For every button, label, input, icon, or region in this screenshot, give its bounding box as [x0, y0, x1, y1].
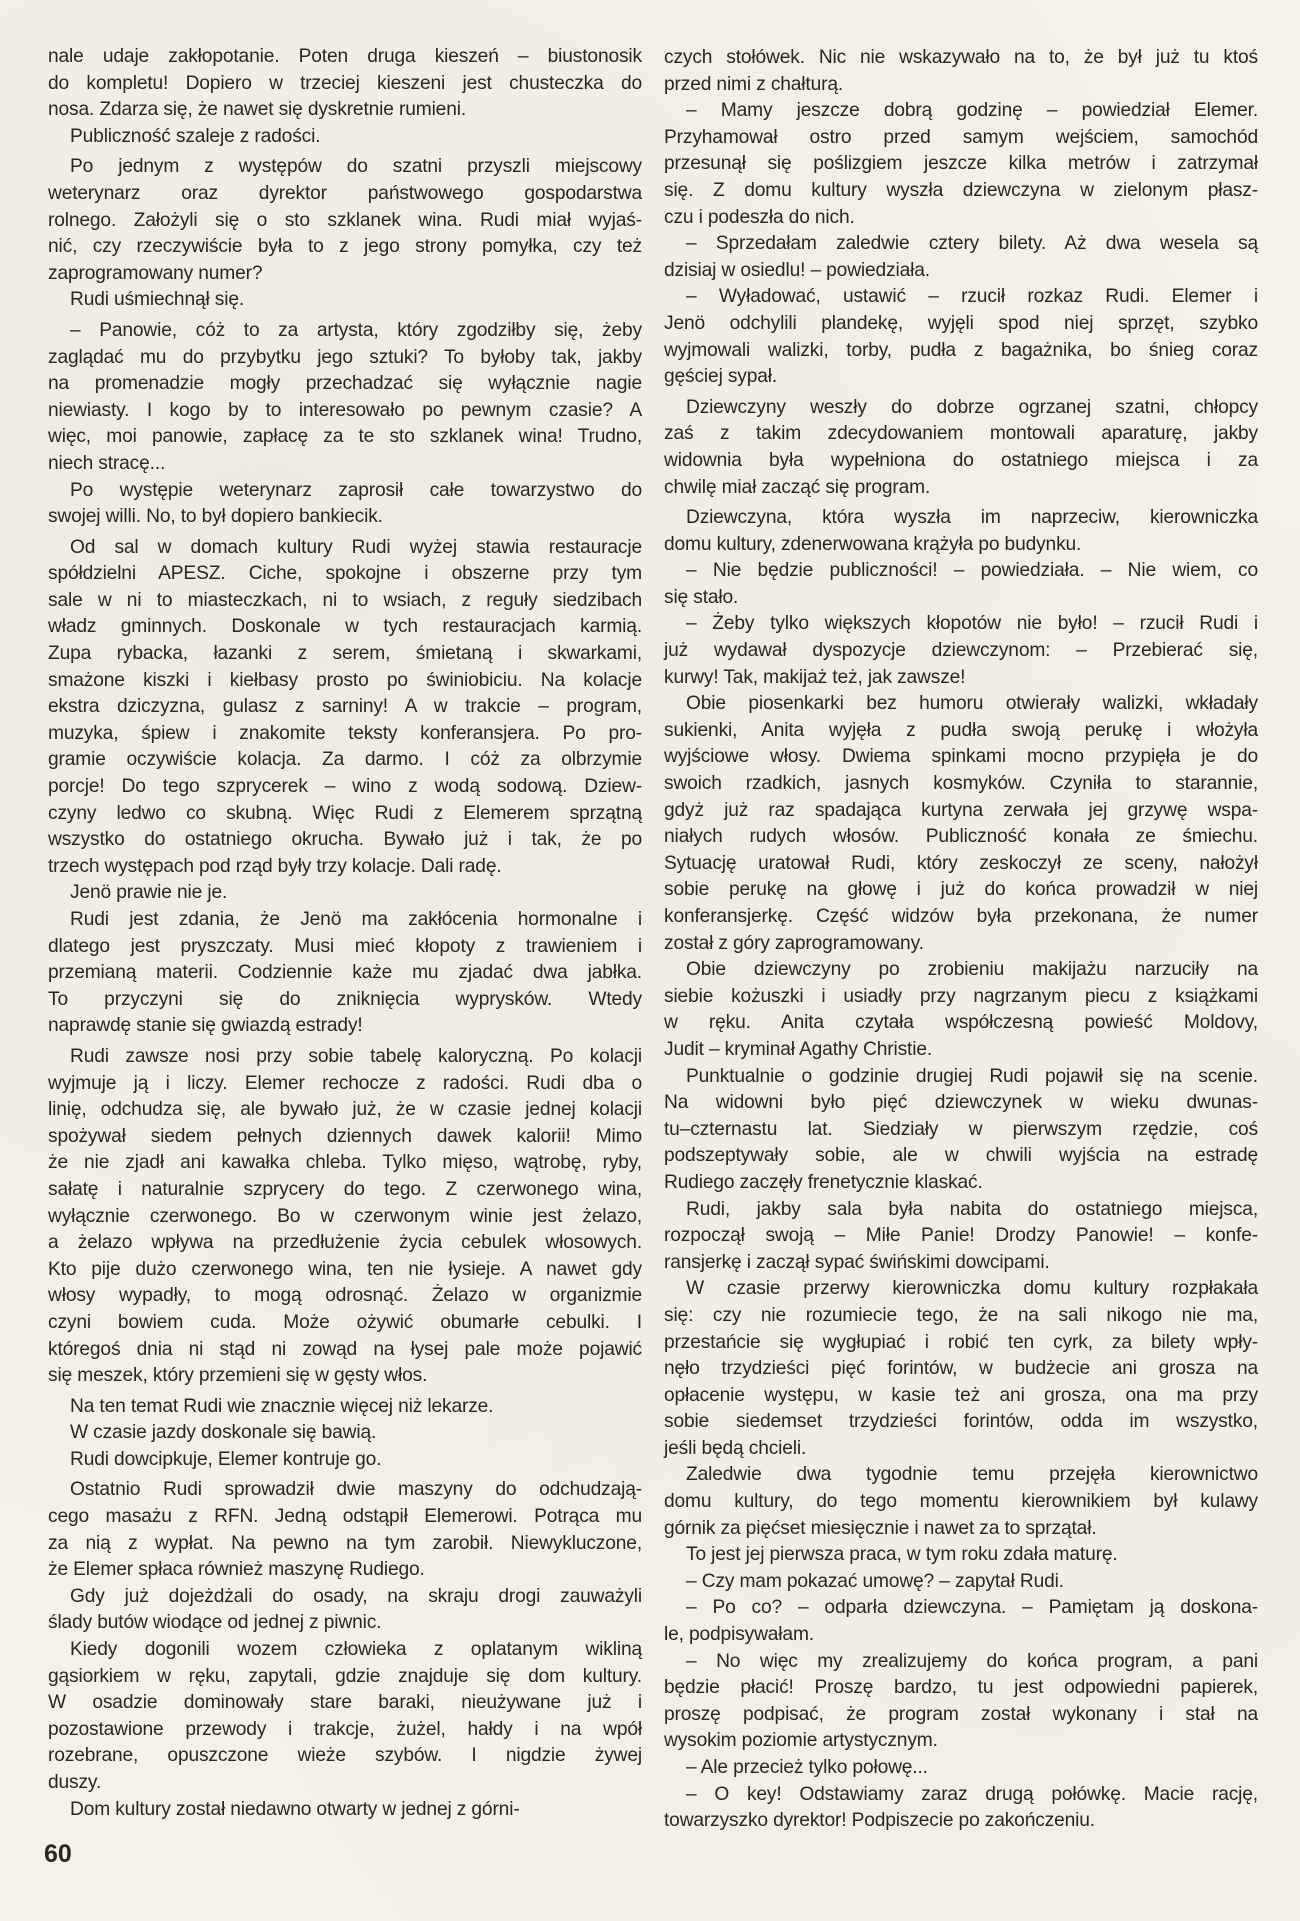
- text-line: duszy.: [48, 1770, 642, 1797]
- text-line: Kto pije dużo czerwonego wina, ten nie ł…: [48, 1257, 642, 1284]
- text-line: do kompletu! Dopiero w trzeciej kieszeni…: [48, 71, 642, 98]
- text-line: przestańcie się wygłupiać i robić ten cy…: [664, 1330, 1258, 1357]
- text-line: – Czy mam pokazać umowę? – zapytał Rudi.: [664, 1569, 1258, 1596]
- text-line: – Nie będzie publiczności! – powiedziała…: [664, 558, 1258, 585]
- text-line: Po jednym z występów do szatni przyszli …: [48, 154, 642, 181]
- text-line: władz gminnych. Doskonale w tych restaur…: [48, 614, 642, 641]
- text-line: sałatę i naturalnie szprycery do tego. Z…: [48, 1177, 642, 1204]
- text-line: le, podpisywałam.: [664, 1622, 1258, 1649]
- text-line: dzisiaj w osiedlu! – powiedziała.: [664, 258, 1258, 285]
- text-line: gęściej sypał.: [664, 364, 1258, 391]
- text-line: Ostatnio Rudi sprowadził dwie maszyny do…: [48, 1477, 642, 1504]
- text-line: naprawdę stanie się gwiazdą estrady!: [48, 1013, 642, 1040]
- text-line: muzyka, śpiew i znakomite teksty konfera…: [48, 721, 642, 748]
- text-line: Rudi, jakby sala była nabita do ostatnie…: [664, 1197, 1258, 1224]
- text-line: To jest jej pierwsza praca, w tym roku z…: [664, 1542, 1258, 1569]
- text-line: Obie piosenkarki bez humoru otwierały wa…: [664, 691, 1258, 718]
- text-line: sale w ni to miasteczkach, ni to wsiach,…: [48, 588, 642, 615]
- text-line: któregoś dnia ni stąd ni zowąd na łysej …: [48, 1337, 642, 1364]
- text-line: – Żeby tylko większych kłopotów nie było…: [664, 611, 1258, 638]
- text-line: – Sprzedałam zaledwie cztery bilety. Aż …: [664, 231, 1258, 258]
- text-line: widownia była wypełniona do ostatniego m…: [664, 448, 1258, 475]
- text-line: Dziewczyna, która wyszła im naprzeciw, k…: [664, 505, 1258, 532]
- text-line: czych stołówek. Nic nie wskazywało na to…: [664, 45, 1258, 72]
- text-line: niewiasty. I kogo by to interesowało po …: [48, 398, 642, 425]
- text-line: pozostawione przewody i trakcje, żużel, …: [48, 1717, 642, 1744]
- text-line: już wydawał dyspozycje dziewczynom: – Pr…: [664, 638, 1258, 665]
- text-line: więc, moi panowie, zapłacę za te sto szk…: [48, 424, 642, 451]
- text-line: przed nimi z chałturą.: [664, 72, 1258, 99]
- text-line: sobie siedemset trzydzieści forintów, od…: [664, 1409, 1258, 1436]
- text-line: gdyż już raz spadająca kurtyna zerwała j…: [664, 798, 1258, 825]
- text-line: nęło trzydzieści pięć forintów, w budżec…: [664, 1356, 1258, 1383]
- text-line: nale udaje zakłopotanie. Poten druga kie…: [48, 44, 642, 71]
- text-line: włosy wypadły, to mogą odrosnąć. Żelazo …: [48, 1283, 642, 1310]
- text-line: porcje! Do tego szprycerek – wino z wodą…: [48, 774, 642, 801]
- page-number: 60: [44, 1840, 72, 1869]
- text-line: linię, odchudza się, ale bywało już, że …: [48, 1097, 642, 1124]
- text-line: opłacenie występu, w kasie też ani grosz…: [664, 1383, 1258, 1410]
- text-line: – Po co? – odparła dziewczyna. – Pamięta…: [664, 1595, 1258, 1622]
- text-line: podszeptywały sobie, ale w chwili wyjści…: [664, 1143, 1258, 1170]
- text-line: wyjściowe włosy. Dwiema spinkami mocno p…: [664, 744, 1258, 771]
- text-line: za nią z wypłat. Na pewno na tym zarobił…: [48, 1531, 642, 1558]
- text-line: chwilę miał zacząć się program.: [664, 475, 1258, 502]
- text-line: zaprogramowany numer?: [48, 261, 642, 288]
- text-line: domu kultury, do tego momentu kierowniki…: [664, 1489, 1258, 1516]
- text-line: wyłącznie czerwonego. Bo w czerwonym win…: [48, 1204, 642, 1231]
- text-line: wysokim poziomie artystycznym.: [664, 1728, 1258, 1755]
- text-line: nosa. Zdarza się, że nawet się dyskretni…: [48, 97, 642, 124]
- text-line: niałych rudych włosów. Publiczność konał…: [664, 824, 1258, 851]
- left-text-column: nale udaje zakłopotanie. Poten druga kie…: [48, 44, 642, 1823]
- text-line: Na widowni było pięć dziewczynek w wieku…: [664, 1090, 1258, 1117]
- text-line: W osadzie dominowały stare baraki, nieuż…: [48, 1690, 642, 1717]
- text-line: rozpoczął swoją – Miłe Panie! Drodzy Pan…: [664, 1223, 1258, 1250]
- text-line: będzie płacić! Proszę bardzo, tu jest od…: [664, 1675, 1258, 1702]
- text-line: towarzyszko dyrektor! Podpiszecie po zak…: [664, 1808, 1258, 1835]
- text-line: To przyczyni się do zniknięcia wyprysków…: [48, 987, 642, 1014]
- text-line: a żelazo wpływa na przedłużenie życia ce…: [48, 1230, 642, 1257]
- text-line: Zaledwie dwa tygodnie temu przejęła kier…: [664, 1462, 1258, 1489]
- text-line: tu–czternastu lat. Siedziały w pierwszym…: [664, 1117, 1258, 1144]
- text-line: Od sal w domach kultury Rudi wyżej stawi…: [48, 535, 642, 562]
- text-line: Gdy już dojeżdżali do osady, na skraju d…: [48, 1584, 642, 1611]
- text-line: górnik za pięćset miesięcznie i nawet za…: [664, 1516, 1258, 1543]
- text-line: niech stracę...: [48, 451, 642, 478]
- text-line: spółdzielni APESZ. Ciche, spokojne i obs…: [48, 561, 642, 588]
- text-line: sobie perukę na głowę i już do końca pro…: [664, 877, 1258, 904]
- text-line: Na ten temat Rudi wie znacznie więcej ni…: [48, 1394, 642, 1421]
- text-line: W czasie przerwy kierowniczka domu kultu…: [664, 1276, 1258, 1303]
- text-line: Dziewczyny weszły do dobrze ogrzanej sza…: [664, 395, 1258, 422]
- text-line: że nie zjadł ani kawałka chleba. Tylko m…: [48, 1150, 642, 1177]
- text-line: Jenö odchylili plandekę, wyjęli spod nie…: [664, 311, 1258, 338]
- text-line: Rudi uśmiechnął się.: [48, 287, 642, 314]
- text-line: Kiedy dogonili wozem człowieka z oplatan…: [48, 1637, 642, 1664]
- text-line: Rudiego zaczęły frenetycznie klaskać.: [664, 1170, 1258, 1197]
- text-line: Publiczność szaleje z radości.: [48, 124, 642, 151]
- text-line: wyjmowali walizki, torby, pudła z bagażn…: [664, 338, 1258, 365]
- text-line: konferansjerkę. Część widzów była przeko…: [664, 904, 1258, 931]
- text-line: czyny ledwo co skubną. Więc Rudi z Eleme…: [48, 801, 642, 828]
- text-line: się. Z domu kultury wyszła dziewczyna w …: [664, 178, 1258, 205]
- text-line: gramie oczywiście kolacja. Za darmo. I c…: [48, 747, 642, 774]
- text-line: – Mamy jeszcze dobrą godzinę – powiedzia…: [664, 98, 1258, 125]
- text-line: kurwy! Tak, makijaż też, jak zawsze!: [664, 665, 1258, 692]
- text-line: Punktualnie o godzinie drugiej Rudi poja…: [664, 1064, 1258, 1091]
- text-line: – O key! Odstawiamy zaraz drugą połówkę.…: [664, 1782, 1258, 1809]
- text-line: Sytuację uratował Rudi, który zeskoczył …: [664, 851, 1258, 878]
- text-line: Rudi jest zdania, że Jenö ma zakłócenia …: [48, 907, 642, 934]
- text-line: na promenadzie mogły przechadzać się wył…: [48, 371, 642, 398]
- text-line: Przyhamował ostro przed samym wejściem, …: [664, 125, 1258, 152]
- text-line: dlatego jest pryszczaty. Musi mieć kłopo…: [48, 934, 642, 961]
- text-line: ransjerkę i zaczął sypać świńskimi dowci…: [664, 1250, 1258, 1277]
- text-line: Obie dziewczyny po zrobieniu makijażu na…: [664, 957, 1258, 984]
- text-line: Po występie weterynarz zaprosił całe tow…: [48, 478, 642, 505]
- text-line: proszę podpisać, że program został wykon…: [664, 1702, 1258, 1729]
- text-line: trzech występach pod rząd były trzy kola…: [48, 854, 642, 881]
- text-line: czu i podeszła do nich.: [664, 205, 1258, 232]
- text-line: Judit – kryminał Agathy Christie.: [664, 1037, 1258, 1064]
- text-line: jeśli będą chcieli.: [664, 1436, 1258, 1463]
- text-line: wszystko do ostatniego okrucha. Bywało j…: [48, 827, 642, 854]
- text-line: domu kultury, zdenerwowana krążyła po bu…: [664, 532, 1258, 559]
- text-line: przesunął się poślizgiem jeszcze kilka m…: [664, 151, 1258, 178]
- text-line: spożywał siedem pełnych dziennych dawek …: [48, 1124, 642, 1151]
- text-line: gąsiorkiem w ręku, zapytali, gdzie znajd…: [48, 1664, 642, 1691]
- text-line: wyjmuje ją i liczy. Elemer rechocze z ra…: [48, 1071, 642, 1098]
- text-line: zaglądać mu do przybytku jego sztuki? To…: [48, 345, 642, 372]
- text-line: się stało.: [664, 585, 1258, 612]
- text-line: – No więc my zrealizujemy do końca progr…: [664, 1649, 1258, 1676]
- text-line: zaś z takim zdecydowaniem montowali apar…: [664, 421, 1258, 448]
- text-line: – Wyładować, ustawić – rzucił rozkaz Rud…: [664, 284, 1258, 311]
- text-line: – Panowie, cóż to za artysta, który zgod…: [48, 318, 642, 345]
- text-line: Rudi dowcipkuje, Elemer kontruje go.: [48, 1447, 642, 1474]
- right-text-column: czych stołówek. Nic nie wskazywało na to…: [664, 45, 1258, 1835]
- text-line: siebie kożuszki i usiadły przy nagrzanym…: [664, 984, 1258, 1011]
- text-line: przemianą materii. Codziennie każe mu zj…: [48, 960, 642, 987]
- text-line: Dom kultury został niedawno otwarty w je…: [48, 1797, 642, 1824]
- text-line: się: czy nie rozumiecie tego, że na sali…: [664, 1303, 1258, 1330]
- text-line: ślady butów wiodące od jednej z piwnic.: [48, 1610, 642, 1637]
- text-line: weterynarz oraz dyrektor państwowego gos…: [48, 181, 642, 208]
- text-line: został z góry zaprogramowany.: [664, 931, 1258, 958]
- text-line: Rudi zawsze nosi przy sobie tabelę kalor…: [48, 1044, 642, 1071]
- magazine-page: nale udaje zakłopotanie. Poten druga kie…: [0, 0, 1300, 1921]
- text-line: nić, czy rzeczywiście była to z jego str…: [48, 234, 642, 261]
- text-line: ekstra dziczyzna, gulasz z sarniny! A w …: [48, 694, 642, 721]
- text-line: się meszek, który przemieni się w gęsty …: [48, 1363, 642, 1390]
- text-line: cego masażu z RFN. Jedną odstąpił Elemer…: [48, 1504, 642, 1531]
- text-line: swojej willi. No, to był dopiero bankiec…: [48, 504, 642, 531]
- text-line: swoich rzadkich, jasnych kosmyków. Czyni…: [664, 771, 1258, 798]
- text-line: Zupa rybacka, łazanki z serem, śmietaną …: [48, 641, 642, 668]
- text-line: rolnego. Założyli się o sto szklanek win…: [48, 208, 642, 235]
- text-line: smażone kiszki i kiełbasy prosto po świn…: [48, 668, 642, 695]
- text-line: – Ale przecież tylko połowę...: [664, 1755, 1258, 1782]
- text-line: rozebrane, opuszczone wieże szybów. I ni…: [48, 1743, 642, 1770]
- text-line: w ręku. Anita czytała współczesną powieś…: [664, 1010, 1258, 1037]
- text-line: Jenö prawie nie je.: [48, 880, 642, 907]
- text-line: czyni bowiem cuda. Może ożywić obumarłe …: [48, 1310, 642, 1337]
- text-line: że Elemer spłaca również maszynę Rudiego…: [48, 1557, 642, 1584]
- text-line: W czasie jazdy doskonale się bawią.: [48, 1420, 642, 1447]
- text-line: sukienki, Anita wyjęła z pudła swoją per…: [664, 718, 1258, 745]
